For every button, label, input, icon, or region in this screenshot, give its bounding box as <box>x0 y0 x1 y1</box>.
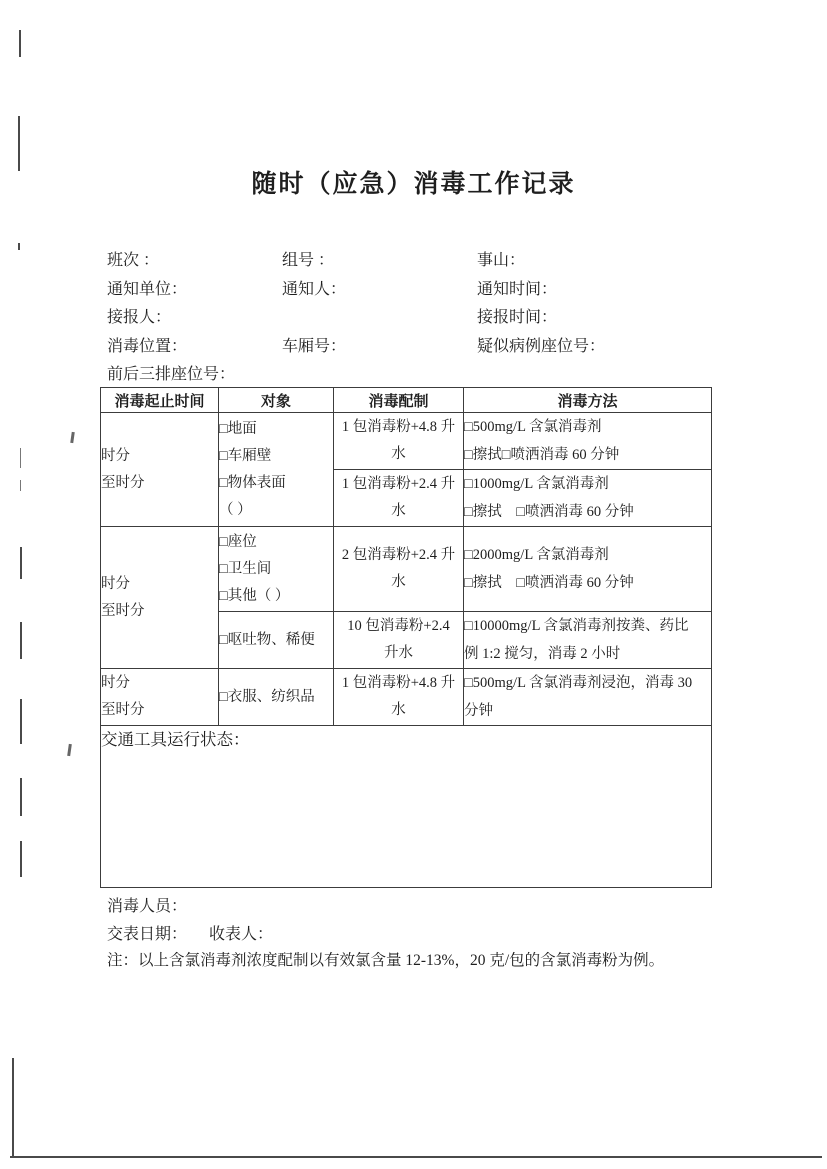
prep-cell-b1r1: 1 包消毒粉+4.8 升 水 <box>334 413 464 470</box>
scanned-form-page: 随时（应急）消毒工作记录 班次 ： 组号 ： 事山： 通知单位： 通知人： 通知… <box>0 0 827 1169</box>
time-cell-block2: 时分 至时分 <box>101 527 219 669</box>
scan-mark <box>20 778 22 816</box>
scan-mark <box>19 30 21 57</box>
header-fields: 班次 ： 组号 ： 事山： 通知单位： 通知人： 通知时间： 接报人： 接报时间… <box>107 247 727 390</box>
scan-mark <box>20 841 22 877</box>
method-cell-b2r2: □10000mg/L 含氯消毒剂按粪、药比 例 1:2 搅匀，消毒 2 小时 <box>464 612 712 669</box>
scan-mark <box>18 116 20 171</box>
col-header-object: 对象 <box>219 388 334 413</box>
scan-speck <box>67 744 72 756</box>
method-cell-b1r1: □500mg/L 含氯消毒剂 □擦拭□喷洒消毒 60 分钟 <box>464 413 712 470</box>
prep-cell-b2r2: 10 包消毒粉+2.4 升水 <box>334 612 464 669</box>
field-handover-date: 交表日期： <box>107 926 187 943</box>
vehicle-status-cell: 交通工具运行状态： <box>101 726 712 888</box>
table-row: 交通工具运行状态： <box>101 726 712 888</box>
table-row: 时分 至时分 □座位 □卫生间 □其他（ ） 2 包消毒粉+2.4 升 水 □2… <box>101 527 712 612</box>
field-suspect-seat-no: 疑似病例座位号： <box>477 333 605 356</box>
checkbox-item-object-surface: □物体表面 <box>219 470 333 497</box>
col-header-time: 消毒起止时间 <box>101 388 219 413</box>
scan-mark <box>18 243 20 250</box>
object-cell-b2r2: □呕吐物、稀便 <box>219 612 334 669</box>
method-cell-b3: □500mg/L 含氯消毒剂浸泡，消毒 30 分钟 <box>464 669 712 726</box>
checkbox-item-vomit: □呕吐物、稀便 <box>219 627 333 654</box>
field-row: 前后三排座位号： <box>107 361 727 390</box>
field-carriage-no: 车厢号： <box>282 333 346 356</box>
table-row: 时分 至时分 □衣服、纺织品 1 包消毒粉+4.8 升 水 □500mg/L 含… <box>101 669 712 726</box>
scan-mark <box>12 1058 14 1158</box>
disinfection-record-table: 消毒起止时间 对象 消毒配制 消毒方法 时分 至时分 □地面 □车厢壁 □物体表… <box>100 387 712 888</box>
checkbox-item-other: □其他（ ） <box>219 583 333 610</box>
footer-fields: 消毒人员： 交表日期： 收表人： 注：以上含氯消毒剂浓度配制以有效氯含量 12-… <box>107 893 747 976</box>
field-row: 班次 ： 组号 ： 事山： <box>107 247 727 276</box>
field-report-person: 接报人： <box>107 304 171 327</box>
footer-row: 消毒人员： <box>107 893 747 921</box>
checkbox-item-clothes-textiles: □衣服、纺织品 <box>219 684 333 711</box>
prep-cell-b3: 1 包消毒粉+4.8 升 水 <box>334 669 464 726</box>
field-notify-time: 通知时间： <box>477 276 557 299</box>
object-cell-block1: □地面 □车厢壁 □物体表面 （ ） <box>219 413 334 527</box>
field-adjacent-rows-seats: 前后三排座位号： <box>107 361 235 384</box>
field-banci: 班次 ： <box>107 247 159 270</box>
field-zuhao: 组号 ： <box>282 247 334 270</box>
scan-mark <box>20 448 21 468</box>
footer-row: 交表日期： 收表人： <box>107 921 747 949</box>
field-disinfect-location: 消毒位置： <box>107 333 187 356</box>
method-cell-b1r2: □1000mg/L 含氯消毒剂 □擦拭 □喷洒消毒 60 分钟 <box>464 470 712 527</box>
prep-cell-b1r2: 1 包消毒粉+2.4 升 水 <box>334 470 464 527</box>
field-receiver: 收表人： <box>209 926 273 943</box>
footer-note: 注：以上含氯消毒剂浓度配制以有效氯含量 12-13%，20 克/包的含氯消毒粉为… <box>107 948 747 976</box>
time-cell-block1: 时分 至时分 <box>101 413 219 527</box>
prep-cell-b2r1: 2 包消毒粉+2.4 升 水 <box>334 527 464 612</box>
field-disinfect-personnel: 消毒人员： <box>107 898 187 915</box>
table-row: 时分 至时分 □地面 □车厢壁 □物体表面 （ ） 1 包消毒粉+4.8 升 水… <box>101 413 712 470</box>
note-text: 注：以上含氯消毒剂浓度配制以有效氯含量 12-13%，20 克/包的含氯消毒粉为… <box>107 952 664 969</box>
method-cell-b2r1: □2000mg/L 含氯消毒剂 □擦拭 □喷洒消毒 60 分钟 <box>464 527 712 612</box>
scan-mark <box>20 480 21 491</box>
vehicle-status-label: 交通工具运行状态： <box>101 730 250 749</box>
field-row: 消毒位置： 车厢号： 疑似病例座位号： <box>107 333 727 362</box>
scan-edge-line <box>10 1156 822 1158</box>
col-header-preparation: 消毒配制 <box>334 388 464 413</box>
col-header-method: 消毒方法 <box>464 388 712 413</box>
object-cell-b2r1: □座位 □卫生间 □其他（ ） <box>219 527 334 612</box>
checkbox-item-toilet: □卫生间 <box>219 556 333 583</box>
scan-mark <box>20 622 22 659</box>
checkbox-item-carriage-wall: □车厢壁 <box>219 443 333 470</box>
object-cell-block3: □衣服、纺织品 <box>219 669 334 726</box>
checkbox-item-floor: □地面 <box>219 416 333 443</box>
page-title: 随时（应急）消毒工作记录 <box>0 164 827 200</box>
field-notify-unit: 通知单位： <box>107 276 187 299</box>
field-notify-person: 通知人： <box>282 276 346 299</box>
checkbox-item-other-blank: （ ） <box>219 497 333 524</box>
table-header-row: 消毒起止时间 对象 消毒配制 消毒方法 <box>101 388 712 413</box>
field-row: 通知单位： 通知人： 通知时间： <box>107 276 727 305</box>
scan-mark <box>20 699 22 744</box>
field-shiyou: 事山： <box>477 247 525 270</box>
time-cell-block3: 时分 至时分 <box>101 669 219 726</box>
field-report-time: 接报时间： <box>477 304 557 327</box>
scan-mark <box>20 547 22 579</box>
scan-speck <box>70 432 75 443</box>
checkbox-item-seat: □座位 <box>219 529 333 556</box>
field-row: 接报人： 接报时间： <box>107 304 727 333</box>
